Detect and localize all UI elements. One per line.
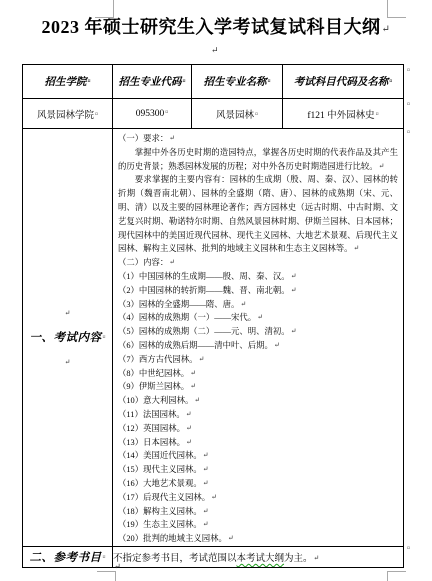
crop-mark-bottom-left-icon — [97, 571, 116, 581]
list-item: （15）现代主义园林。↵ — [118, 463, 398, 477]
paragraph-mark-icon: ↵ — [274, 341, 280, 349]
header-label: 考试科目代码及名称 — [294, 77, 389, 88]
section-label-cell-reference: 二、参考书目¤ — [23, 546, 113, 567]
reference-row: 二、参考书目¤ 不指定参考书目，考试范围以本考试大纲为主。↵ — [23, 546, 404, 567]
list-item: （12）英国园林。↵ — [118, 422, 398, 436]
paragraph-mark-icon: ↵ — [291, 327, 297, 335]
info-cell-college: 风景园林学院¤ — [23, 99, 113, 129]
list-item: （2）中国园林的转折期——魏、晋、南北朝。↵ — [118, 284, 398, 298]
list-item: （4）园林的成熟期（一）——宋代。↵ — [118, 311, 398, 325]
paragraph-mark-icon: ↵ — [114, 562, 121, 571]
paragraph-mark-icon: ↵ — [186, 410, 192, 418]
paragraph-mark-icon: ↵ — [354, 244, 360, 252]
exam-content-cell: （一）要求：↵ 掌握中外各历史时期的造园特点，掌握各历史时期的代表作品及其产生的… — [113, 129, 404, 547]
paragraph-mark-icon: ↵ — [228, 534, 234, 542]
end-of-row-mark-icon: ¤ — [407, 546, 410, 552]
cell-mark-icon: ¤ — [95, 112, 98, 118]
paragraph-mark-icon: ↵ — [379, 162, 385, 170]
reference-text-grammar-underline: 本考试大纲 — [237, 554, 285, 564]
list-item: （19）生态主义园林。↵ — [118, 518, 398, 532]
document-page: 2023 年硕士研究生入学考试复试科目大纲↵ ↵ 招生学院¤ 招生专业代码¤ 招… — [0, 0, 432, 581]
info-value: 风景园林学院 — [37, 111, 94, 121]
contents-heading: （二）内容：↵ — [118, 256, 398, 270]
header-label: 招生专业代码 — [119, 77, 182, 88]
table-header-row: 招生学院¤ 招生专业代码¤ 招生专业名称¤ 考试科目代码及名称¤ — [23, 65, 404, 99]
cell-mark-icon: ¤ — [389, 79, 392, 85]
paragraph-mark-icon: ↵ — [203, 479, 209, 487]
section-label-exam-content: 一、考试内容 — [30, 332, 102, 344]
paragraph-mark-icon: ↵ — [186, 438, 192, 446]
crop-mark-bottom-right-icon — [387, 571, 406, 581]
page-title-text: 2023 年硕士研究生入学考试复试科目大纲 — [42, 17, 381, 37]
list-item: （13）日本园林。↵ — [118, 436, 398, 450]
paragraph-mark-icon: ↵ — [291, 272, 297, 280]
header-cell-major-code: 招生专业代码¤ — [113, 65, 192, 99]
reference-text: 为主。 — [284, 554, 313, 564]
paragraph-mark-icon: ↵ — [382, 24, 391, 35]
table-info-row: 风景园林学院¤ 095300¤ 风景园林¤ f121 中外园林史¤ — [23, 99, 404, 129]
header-cell-subject: 考试科目代码及名称¤ — [283, 65, 404, 99]
paragraph-mark-icon: ↵ — [65, 350, 71, 374]
list-item: （18）解构主义园林。↵ — [118, 505, 398, 519]
scope-paragraph: 要求掌握的主要内容有：园林的生成期（殷、周、秦、汉）、园林的转折期（魏晋南北朝）… — [118, 173, 398, 256]
cell-mark-icon: ¤ — [88, 79, 91, 85]
list-item: （10）意大利园林。↵ — [118, 394, 398, 408]
list-item: （11）法国园林。↵ — [118, 408, 398, 422]
paragraph-mark-icon: ↵ — [65, 301, 71, 325]
info-value: 风景园林 — [216, 111, 254, 121]
cell-mark-icon: ¤ — [103, 335, 106, 341]
cell-mark-icon: ¤ — [376, 112, 379, 118]
list-item: （8）中世纪园林。↵ — [118, 367, 398, 381]
page-title: 2023 年硕士研究生入学考试复试科目大纲↵ — [0, 13, 432, 39]
list-item: （14）美国近代园林。↵ — [118, 449, 398, 463]
info-cell-major-name: 风景园林¤ — [192, 99, 283, 129]
requirements-heading: （一）要求：↵ — [118, 132, 398, 146]
cell-mark-icon: ¤ — [268, 79, 271, 85]
paragraph-mark-icon: ↵ — [240, 300, 246, 308]
info-cell-subject: f121 中外园林史¤ — [283, 99, 404, 129]
list-item: （20）批判的地域主义园林。↵ — [118, 532, 398, 546]
paragraph-mark-icon: ↵ — [190, 382, 196, 390]
paragraph-mark-icon: ↵ — [190, 369, 196, 377]
end-of-row-mark-icon: ¤ — [407, 130, 410, 136]
list-item: （3）园林的全盛期——隋、唐。↵ — [118, 298, 398, 312]
cell-mark-icon: ¤ — [165, 110, 168, 116]
paragraph-mark-icon: ↵ — [211, 45, 219, 56]
paragraph-mark-icon: ↵ — [211, 493, 217, 501]
end-of-row-mark-icon: ¤ — [407, 68, 410, 74]
info-cell-major-code: 095300¤ — [113, 99, 192, 129]
end-of-row-mark-icon: ¤ — [407, 102, 410, 108]
list-item: （1）中国园林的生成期——殷、周、秦、汉。↵ — [118, 270, 398, 284]
list-item: （17）后现代主义园林。↵ — [118, 491, 398, 505]
paragraph-mark-icon: ↵ — [203, 465, 209, 473]
cell-mark-icon: ¤ — [103, 555, 106, 561]
cell-mark-icon: ¤ — [255, 112, 258, 118]
cell-mark-icon: ¤ — [183, 79, 186, 85]
reference-text-cell: 不指定参考书目，考试范围以本考试大纲为主。↵ — [113, 546, 404, 567]
info-value: f121 中外园林史 — [307, 111, 374, 121]
list-item: （7）西方古代园林。↵ — [118, 353, 398, 367]
paragraph-mark-icon: ↵ — [314, 554, 320, 562]
paragraph-mark-icon: ↵ — [194, 396, 200, 404]
header-cell-major-name: 招生专业名称¤ — [192, 65, 283, 99]
list-item: （5）园林的成熟期（二）——元、明、清初。↵ — [118, 325, 398, 339]
header-label: 招生专业名称 — [204, 77, 267, 88]
header-cell-college: 招生学院¤ — [23, 65, 113, 99]
list-item: （16）大地艺术景观。↵ — [118, 477, 398, 491]
paragraph-mark-icon: ↵ — [186, 424, 192, 432]
paragraph-mark-icon: ↵ — [203, 520, 209, 528]
header-label: 招生学院 — [45, 77, 87, 88]
paragraph-mark-icon: ↵ — [291, 286, 297, 294]
paragraph-mark-icon: ↵ — [169, 258, 175, 266]
exam-content-text: （一）要求：↵ 掌握中外各历史时期的造园特点，掌握各历史时期的代表作品及其产生的… — [113, 129, 403, 546]
list-item: （9）伊斯兰园林。↵ — [118, 380, 398, 394]
requirements-paragraph: 掌握中外各历史时期的造园特点，掌握各历史时期的代表作品及其产生的历史背景；熟悉园… — [118, 146, 398, 174]
section-label-reference: 二、参考书目 — [30, 552, 102, 564]
info-value: 095300 — [136, 109, 165, 119]
exam-content-row: ↵ 一、考试内容¤ ↵ （一）要求：↵ 掌握中外各历史时期的造园特点，掌握各历史… — [23, 129, 404, 547]
paragraph-mark-icon: ↵ — [203, 451, 209, 459]
paragraph-mark-icon: ↵ — [203, 507, 209, 515]
reference-text: 不指定参考书目，考试范围以 — [113, 554, 237, 564]
section-label-cell-exam: ↵ 一、考试内容¤ ↵ — [23, 129, 113, 547]
exam-outline-table: 招生学院¤ 招生专业代码¤ 招生专业名称¤ 考试科目代码及名称¤ 风景园林学院¤… — [22, 64, 404, 568]
paragraph-mark-icon: ↵ — [169, 134, 175, 142]
paragraph-mark-icon: ↵ — [257, 313, 263, 321]
list-item: （6）园林的成熟后期——清中叶、后期。↵ — [118, 339, 398, 353]
paragraph-mark-icon: ↵ — [199, 355, 205, 363]
